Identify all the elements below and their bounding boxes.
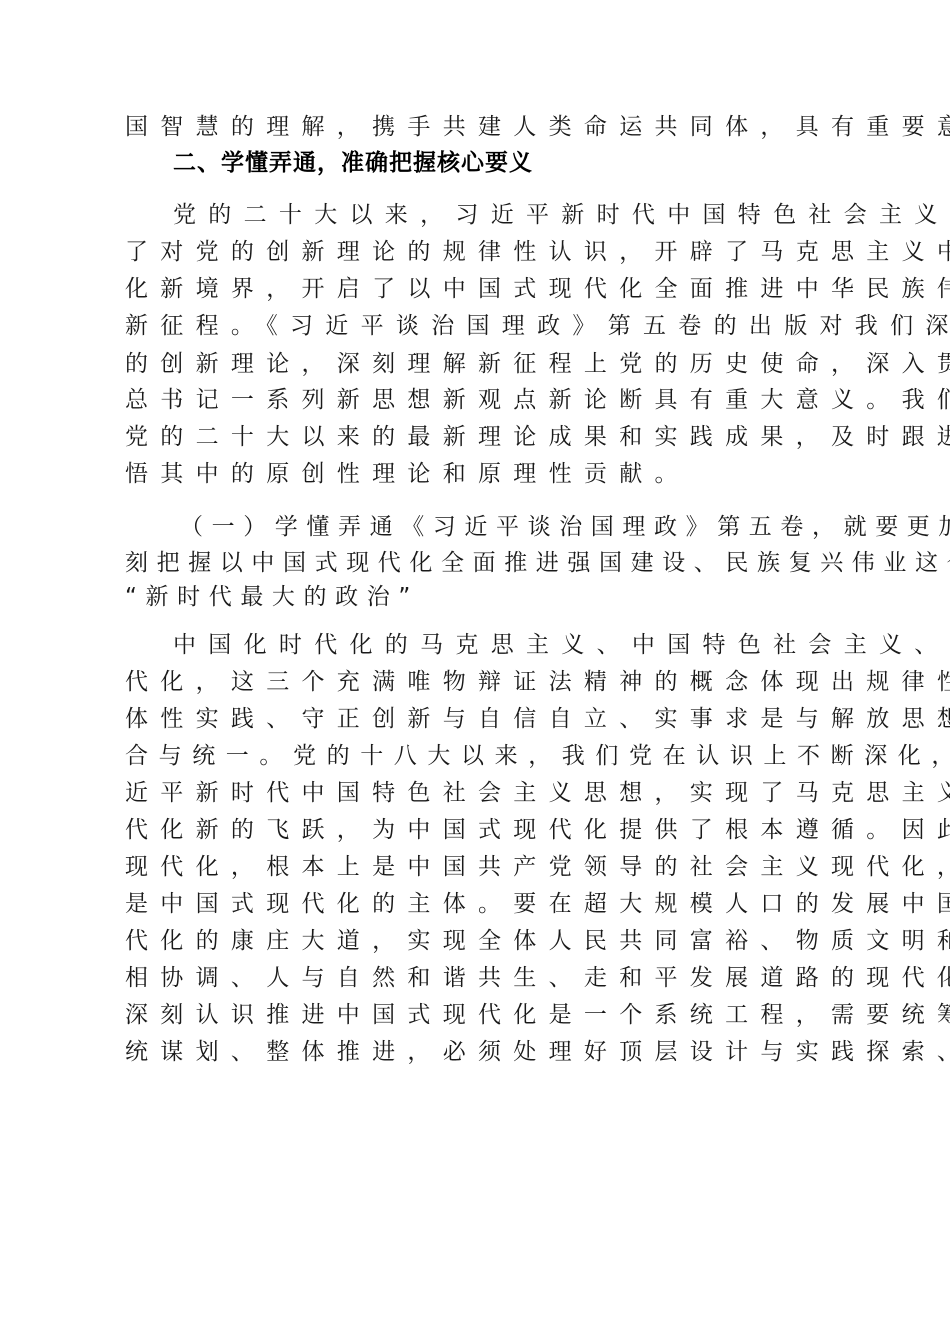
subsection-heading-line: 刻把握以中国式现代化全面推进强国建设、民族复兴伟业这个 (125, 548, 845, 578)
body-text-line: 合与统一。党的十八大以来，我们党在认识上不断深化，创立了习 (125, 741, 845, 771)
body-text-line: 代化新的飞跃，为中国式现代化提供了根本遵循。因此，中国式 (125, 815, 845, 845)
body-text-line: 国智慧的理解，携手共建人类命运共同体，具有重要意义。 (125, 112, 845, 142)
body-text-line: 现代化，根本上是中国共产党领导的社会主义现代化，人民始终 (125, 852, 845, 882)
body-text-line: 悟其中的原创性理论和原理性贡献。 (125, 459, 845, 489)
body-text-line: 总书记一系列新思想新观点新论断具有重大意义。我们必须结合 (125, 385, 845, 415)
subsection-heading-line: “新时代最大的政治” (125, 582, 845, 612)
body-text-line: 新征程。《习近平谈治国理政》第五卷的出版对我们深刻把握党 (125, 311, 845, 341)
body-text-line: 了对党的创新理论的规律性认识，开辟了马克思主义中国化时代 (125, 237, 845, 267)
body-text-line: 相协调、人与自然和谐共生、走和平发展道路的现代化，就必须 (125, 963, 845, 993)
body-text-line: 体性实践、守正创新与自信自立、实事求是与解放思想之间的结 (125, 704, 845, 734)
body-text-line: 党的二十大以来，习近平新时代中国特色社会主义思想深化 (173, 200, 893, 230)
body-text-line: 深刻认识推进中国式现代化是一个系统工程，需要统筹兼顾、系 (125, 1000, 845, 1030)
body-text-line: 统谋划、整体推进，必须处理好顶层设计与实践探索、战略和策 (125, 1037, 845, 1067)
body-text-line: 代化的康庄大道，实现全体人民共同富裕、物质文明和精神文明 (125, 926, 845, 956)
body-text-line: 近平新时代中国特色社会主义思想，实现了马克思主义中国化时 (125, 778, 845, 808)
body-text-line: 化新境界，开启了以中国式现代化全面推进中华民族伟大复兴的 (125, 274, 845, 304)
body-text-line: 是中国式现代化的主体。要在超大规模人口的发展中国家走上现 (125, 889, 845, 919)
subsection-heading-line: （一）学懂弄通《习近平谈治国理政》第五卷，就要更加深 (180, 512, 900, 542)
body-text-line: 中国化时代化的马克思主义、中国特色社会主义、中国式现 (173, 630, 893, 660)
body-text-line: 代化，这三个充满唯物辩证法精神的概念体现出规律性认识与具 (125, 667, 845, 697)
body-text-line: 党的二十大以来的最新理论成果和实践成果，及时跟进、深刻领 (125, 422, 845, 452)
section-heading: 二、学懂弄通，准确把握核心要义 (173, 148, 893, 178)
body-text-line: 的创新理论，深刻理解新征程上党的历史使命，深入贯彻习近平 (125, 349, 845, 379)
document-page: 国智慧的理解，携手共建人类命运共同体，具有重要意义。 二、学懂弄通，准确把握核心… (0, 0, 950, 1343)
